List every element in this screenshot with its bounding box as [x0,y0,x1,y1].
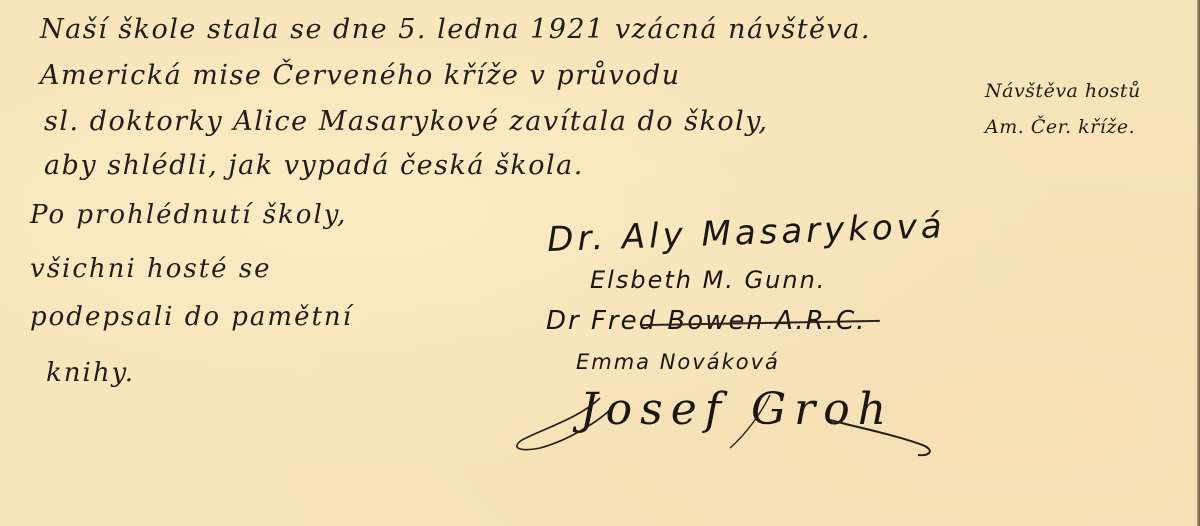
signature-flourish [0,0,1200,526]
document-page: Naší škole stala se dne 5. ledna 1921 vz… [0,0,1200,526]
